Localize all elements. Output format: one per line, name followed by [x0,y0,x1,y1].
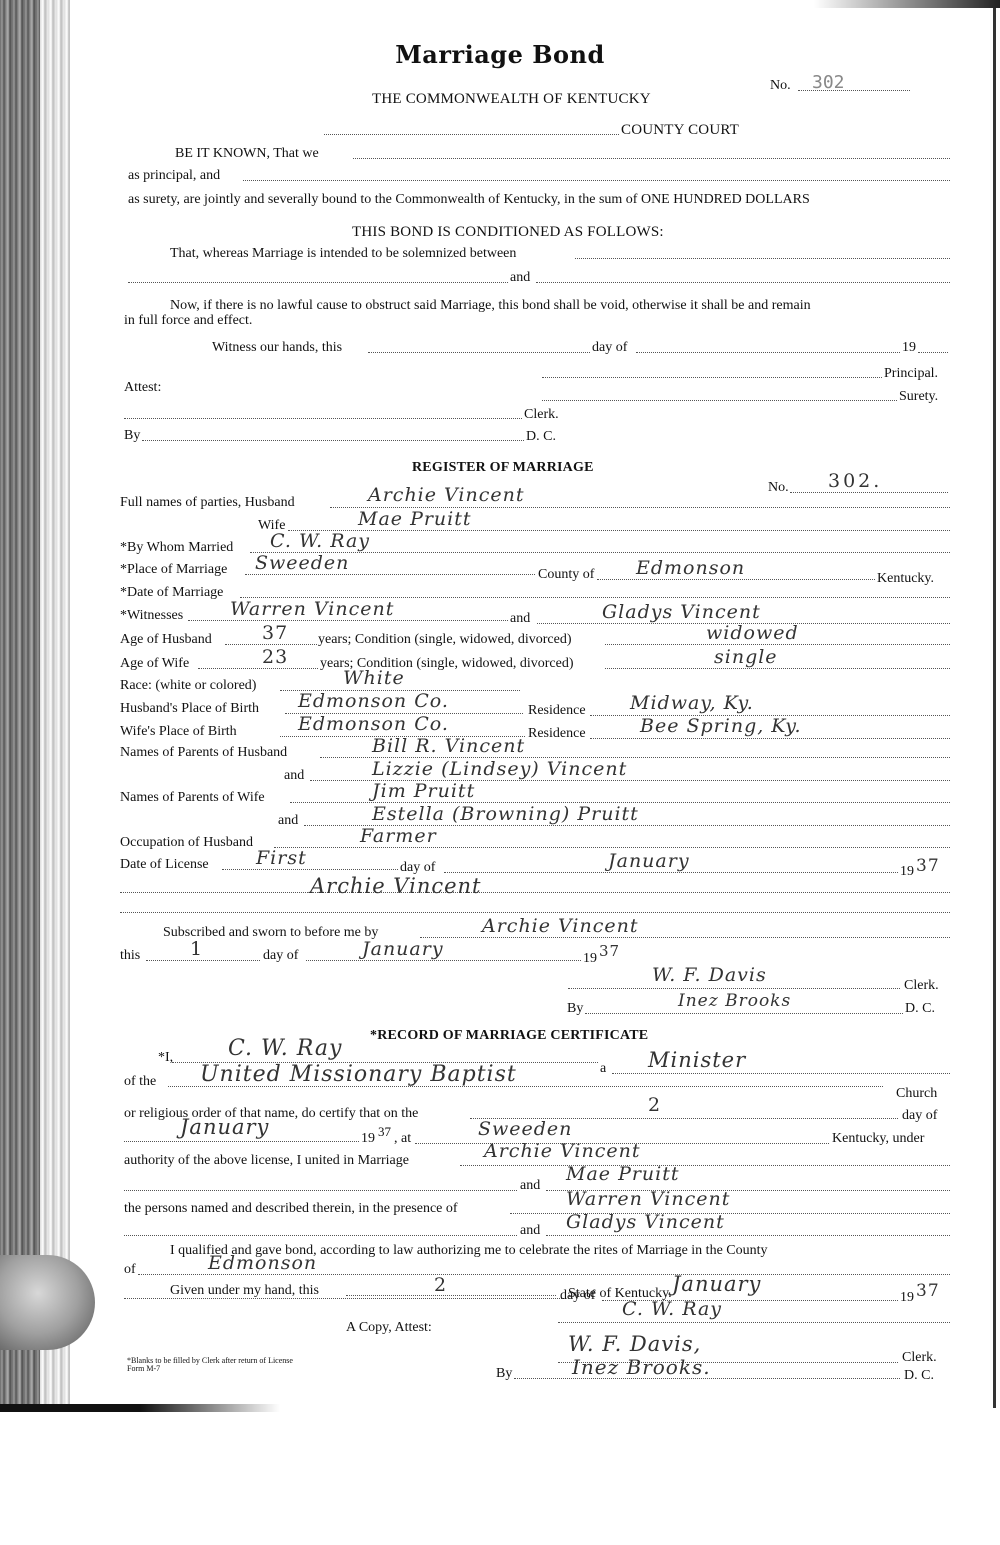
witness-1: Warren Vincent [230,598,394,620]
wife-birth-value: Edmonson Co. [298,713,449,735]
persons-named-text: the persons named and described therein,… [124,1201,458,1217]
by-label: By [567,1001,583,1017]
a-label: a [600,1061,606,1077]
church-label: Church [896,1086,937,1102]
husband-label: Full names of parties, Husband [120,495,295,511]
parent-husband-2: Lizzie (Lindsey) Vincent [372,758,627,780]
witness-hands: Witness our hands, this [212,340,342,356]
age-wife-label: Age of Wife [120,656,189,672]
kentucky-label: Kentucky. [877,571,934,587]
copy-attest-label: A Copy, Attest: [346,1320,432,1336]
of-the-label: of the [124,1074,156,1090]
and-label: and [510,611,530,627]
and-label: and [510,270,530,286]
document-title: Marriage Bond [0,40,1000,69]
husband-name: Archie Vincent [368,484,525,506]
by-whom-label: *By Whom Married [120,540,233,556]
by-label: By [124,428,140,444]
religious-order-text: or religious order of that name, do cert… [124,1106,418,1122]
parents-husband-label: Names of Parents of Husband [120,745,287,761]
certificate-witness-1: Warren Vincent [566,1188,730,1210]
sworn-year: 37 [599,942,620,960]
commonwealth-heading: THE COMMONWEALTH OF KENTUCKY [372,91,651,107]
right-edge [993,8,996,1408]
certificate-month: January [180,1115,269,1139]
year-prefix: 19 [361,1131,375,1147]
register-number: 302. [828,470,882,492]
condition-wife: single [714,646,778,668]
occupation-label: Occupation of Husband [120,835,253,851]
day-of-label: day of [902,1108,937,1124]
county-label: County of [538,567,594,583]
bottom-edge [0,1404,280,1412]
wife-birth-label: Wife's Place of Birth [120,724,237,740]
as-surety-text: as surety, are jointly and severally bou… [128,192,810,208]
page-edges [40,0,70,1410]
as-principal: as principal, and [128,168,220,184]
certificate-title: Minister [648,1048,746,1072]
age-husband-value: 37 [262,622,288,644]
given-day: 2 [434,1274,447,1296]
sworn-month: January [362,938,444,960]
age-wife-value: 23 [262,646,288,668]
condition-label: years; Condition (single, widowed, divor… [318,632,572,648]
age-husband-label: Age of Husband [120,632,212,648]
full-force-text: in full force and effect. [124,313,252,329]
county-value: Edmonson [636,557,745,579]
authority-text: authority of the above license, I united… [124,1153,409,1169]
register-no-label: No. [768,480,789,496]
residence-label: Residence [528,703,586,719]
thumb-holding-page [0,1255,95,1350]
deputy-clerk-signature: Inez Brooks [678,991,791,1011]
day-of-label: day of [560,1288,595,1304]
certificate-witness-2: Gladys Vincent [566,1211,725,1233]
wife-residence: Bee Spring, Ky. [640,715,802,737]
certificate-county: Edmonson [208,1252,317,1274]
and-label: and [520,1223,540,1239]
year-prefix: 19 [583,951,597,967]
minister-signature: C. W. Ray [622,1298,722,1320]
sworn-name: Archie Vincent [482,915,639,937]
conditioned-heading: THIS BOND IS CONDITIONED AS FOLLOWS: [352,224,664,240]
dc-label: D. C. [526,429,556,445]
certificate-heading: *RECORD OF MARRIAGE CERTIFICATE [370,1028,648,1044]
race-value: White [343,667,405,689]
husband-residence: Midway, Ky. [630,692,754,714]
husband-signature: Archie Vincent [310,874,482,898]
this-label: this [120,948,140,964]
certificate-officiant: C. W. Ray [228,1036,342,1061]
at-label: , at [394,1131,411,1147]
clerk-label: Clerk. [904,978,939,994]
date-of-marriage-label: *Date of Marriage [120,585,223,601]
dc-label: D. C. [904,1368,934,1384]
license-year: 37 [916,856,940,876]
certificate-year: 37 [378,1124,391,1140]
place-label: *Place of Marriage [120,562,227,578]
husband-birth-value: Edmonson Co. [298,690,449,712]
clerk-label: Clerk. [524,407,559,423]
certificate-day: 2 [648,1094,661,1116]
day-of-label: day of [263,948,298,964]
given-text: Given under my hand, this [170,1283,319,1299]
top-edge [70,0,1000,8]
surety-label: Surety. [899,389,938,405]
parent-husband-1: Bill R. Vincent [372,735,525,757]
parent-wife-2: Estella (Browning) Pruitt [372,803,639,825]
given-year: 37 [916,1281,940,1301]
of-label: of [124,1262,136,1278]
and-label: and [278,813,298,829]
attest-clerk-signature: W. F. Davis, [568,1332,701,1356]
husband-birth-label: Husband's Place of Birth [120,701,259,717]
kentucky-under-label: Kentucky, under [832,1131,924,1147]
year-prefix: 19 [902,340,916,356]
license-date-label: Date of License [120,857,209,873]
certificate-party-2: Mae Pruitt [566,1163,680,1185]
witness-2: Gladys Vincent [602,601,761,623]
sworn-day: 1 [190,938,203,960]
parents-wife-label: Names of Parents of Wife [120,790,265,806]
parent-wife-1: Jim Pruitt [372,780,475,802]
attest-deputy-signature: Inez Brooks. [572,1355,711,1379]
now-if-text: Now, if there is no lawful cause to obst… [170,298,811,314]
be-it-known: BE IT KNOWN, That we [175,146,319,162]
condition-husband: widowed [706,622,799,644]
register-heading: REGISTER OF MARRIAGE [412,460,594,476]
scanned-page: Marriage Bond No. 302 THE COMMONWEALTH O… [0,0,1000,1410]
year-prefix: 19 [900,1290,914,1306]
residence-label: Residence [528,726,586,742]
certificate-party-1: Archie Vincent [484,1140,641,1162]
church-name: United Missionary Baptist [200,1062,517,1087]
clerk-signature: W. F. Davis [652,964,767,986]
officiant-name: C. W. Ray [270,530,370,552]
certificate-place: Sweeden [478,1118,572,1140]
license-month: January [608,850,690,872]
witnesses-label: *Witnesses [120,608,183,624]
and-label: and [520,1178,540,1194]
race-label: Race: (white or colored) [120,678,256,694]
clerk-label: Clerk. [902,1350,937,1366]
attest-label: Attest: [124,380,161,396]
and-label: and [284,768,304,784]
footnote-form: Form M-7 [127,1364,160,1373]
given-month: January [672,1272,761,1296]
i-label: *I, [158,1050,173,1066]
bond-number-stamp: 302 [812,72,845,93]
year-prefix: 19 [900,864,914,880]
principal-label: Principal. [884,366,938,382]
bond-no-label: No. [770,78,791,94]
dc-label: D. C. [905,1001,935,1017]
occupation-value: Farmer [360,825,437,847]
by-label: By [496,1366,512,1382]
day-of-label: day of [592,340,627,356]
wife-name: Mae Pruitt [358,508,472,530]
license-day: First [256,847,307,869]
county-court-label: COUNTY COURT [621,122,739,138]
whereas-text: That, whereas Marriage is intended to be… [170,246,516,262]
place-value: Sweeden [255,552,349,574]
